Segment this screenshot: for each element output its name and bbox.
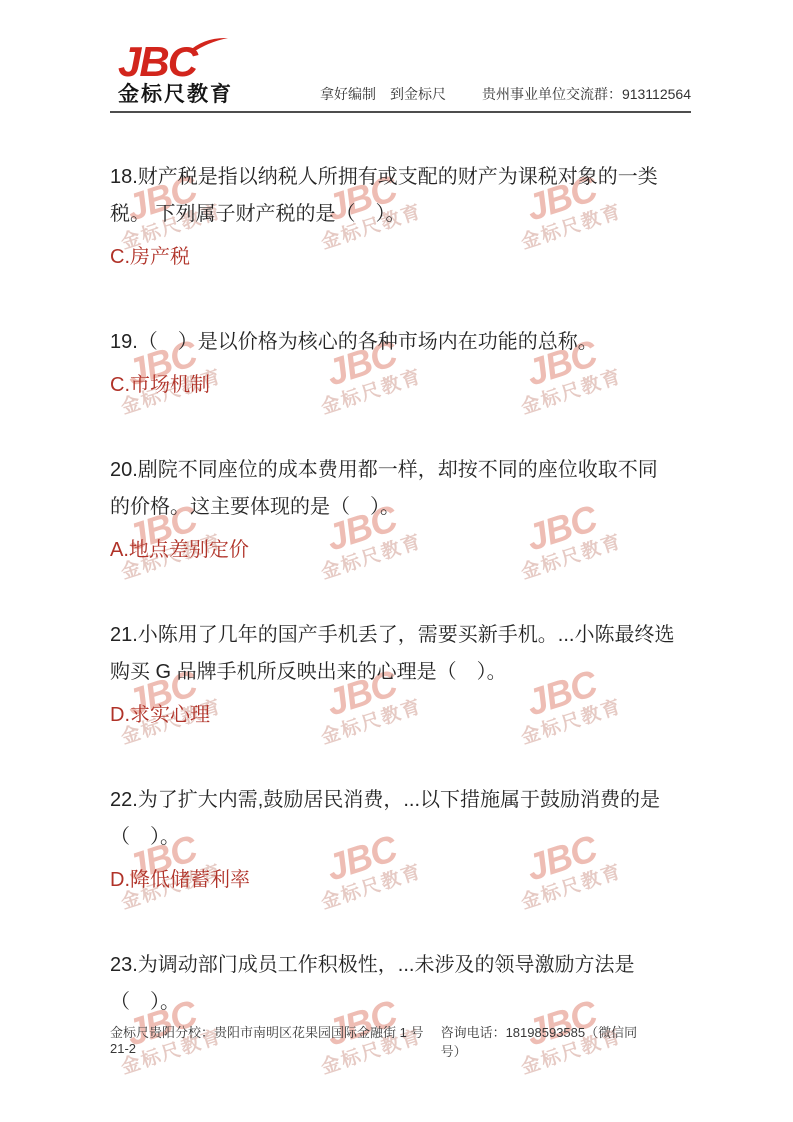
header-divider <box>110 111 691 113</box>
logo-brand-text: JBC <box>118 38 196 85</box>
logo-swoosh-icon <box>186 37 230 53</box>
question-text: 23.为调动部门成员工作积极性，...未涉及的领导激励方法是（ ）。 <box>110 947 692 1021</box>
page-header: JBC 金标尺教育 拿好编制 到金标尺 贵州事业单位交流群：913112564 <box>110 33 691 113</box>
question-text-line: （ ）。 <box>110 984 692 1021</box>
question-block: 20.剧院不同座位的成本费用都一样，却按不同的座位收取不同的价格。这主要体现的是… <box>110 452 692 563</box>
question-text: 22.为了扩大内需,鼓励居民消费，...以下措施属于鼓励消费的是（ ）。 <box>110 782 692 856</box>
question-text-line: 购买 G 品牌手机所反映出来的心理是（ ）。 <box>110 654 692 691</box>
question-text: 19.（ ）是以价格为核心的各种市场内在功能的总称。 <box>110 324 692 361</box>
question-block: 18.财产税是指以纳税人所拥有或支配的财产为课税对象的一类税。 下列属子财产税的… <box>110 159 692 270</box>
question-text-line: 18.财产税是指以纳税人所拥有或支配的财产为课税对象的一类 <box>110 159 692 196</box>
answer-text: C.房产税 <box>110 244 692 270</box>
question-text-line: 税。 下列属子财产税的是（ ）。 <box>110 196 692 233</box>
document-page: JBC金标尺教育JBC金标尺教育JBC金标尺教育JBC金标尺教育JBC金标尺教育… <box>0 0 793 1122</box>
questions-list: 18.财产税是指以纳税人所拥有或支配的财产为课税对象的一类税。 下列属子财产税的… <box>110 159 692 1075</box>
page-footer: 金标尺贵阳分校：贵阳市南明区花果园国际金融街 1 号 21-2 咨询电话：181… <box>110 1022 691 1060</box>
jbc-logo: JBC 金标尺教育 <box>118 41 233 107</box>
answer-text: A.地点差别定价 <box>110 537 692 563</box>
question-text: 18.财产税是指以纳税人所拥有或支配的财产为课税对象的一类税。 下列属子财产税的… <box>110 159 692 233</box>
question-block: 21.小陈用了几年的国产手机丢了，需要买新手机。...小陈最终选购买 G 品牌手… <box>110 617 692 728</box>
header-group-info: 贵州事业单位交流群：913112564 <box>482 84 691 104</box>
question-text-line: 19.（ ）是以价格为核心的各种市场内在功能的总称。 <box>110 324 692 361</box>
answer-text: D.求实心理 <box>110 702 692 728</box>
answer-text: C.市场机制 <box>110 372 692 398</box>
question-block: 19.（ ）是以价格为核心的各种市场内在功能的总称。 C.市场机制 <box>110 324 692 398</box>
logo-brand-row: JBC <box>118 41 233 83</box>
question-text-line: 的价格。这主要体现的是（ ）。 <box>110 489 692 526</box>
question-text-line: 21.小陈用了几年的国产手机丢了，需要买新手机。...小陈最终选 <box>110 617 692 654</box>
question-text-line: 20.剧院不同座位的成本费用都一样，却按不同的座位收取不同 <box>110 452 692 489</box>
footer-phone: 咨询电话：18198593585（微信同号） <box>441 1022 655 1060</box>
question-text-line: 23.为调动部门成员工作积极性，...未涉及的领导激励方法是 <box>110 947 692 984</box>
question-text: 20.剧院不同座位的成本费用都一样，却按不同的座位收取不同的价格。这主要体现的是… <box>110 452 692 526</box>
header-tagline: 拿好编制 到金标尺 <box>320 84 446 104</box>
question-text-line: 22.为了扩大内需,鼓励居民消费，...以下措施属于鼓励消费的是 <box>110 782 692 819</box>
question-block: 23.为调动部门成员工作积极性，...未涉及的领导激励方法是（ ）。 <box>110 947 692 1021</box>
question-block: 22.为了扩大内需,鼓励居民消费，...以下措施属于鼓励消费的是（ ）。 D.降… <box>110 782 692 893</box>
question-text: 21.小陈用了几年的国产手机丢了，需要买新手机。...小陈最终选购买 G 品牌手… <box>110 617 692 691</box>
logo-company-name: 金标尺教育 <box>118 83 233 107</box>
answer-text: D.降低储蓄利率 <box>110 867 692 893</box>
question-text-line: （ ）。 <box>110 819 692 856</box>
footer-address: 金标尺贵阳分校：贵阳市南明区花果园国际金融街 1 号 21-2 <box>110 1022 441 1060</box>
